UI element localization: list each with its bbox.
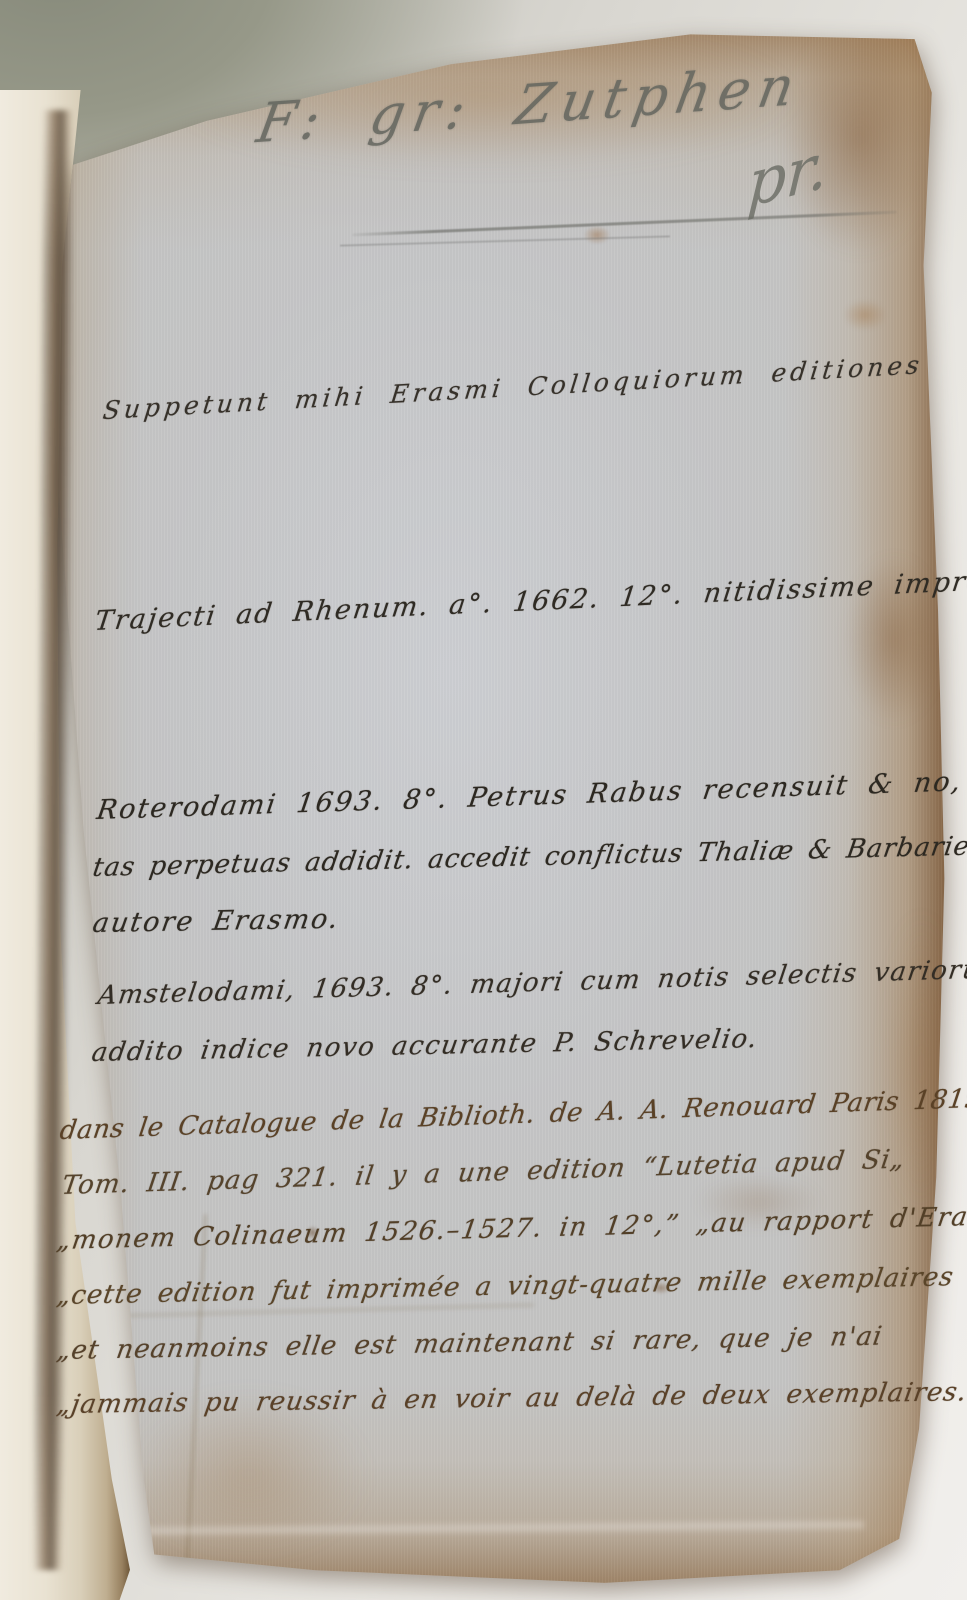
- paper-stain: [844, 300, 886, 330]
- manuscript-line: autore Erasmo.: [91, 904, 342, 939]
- photo-backdrop: F: gr: Zutphen pr. Suppetunt mihi Erasmi…: [0, 0, 967, 1600]
- paper-stain: [584, 226, 610, 244]
- paper-stain: [514, 12, 574, 38]
